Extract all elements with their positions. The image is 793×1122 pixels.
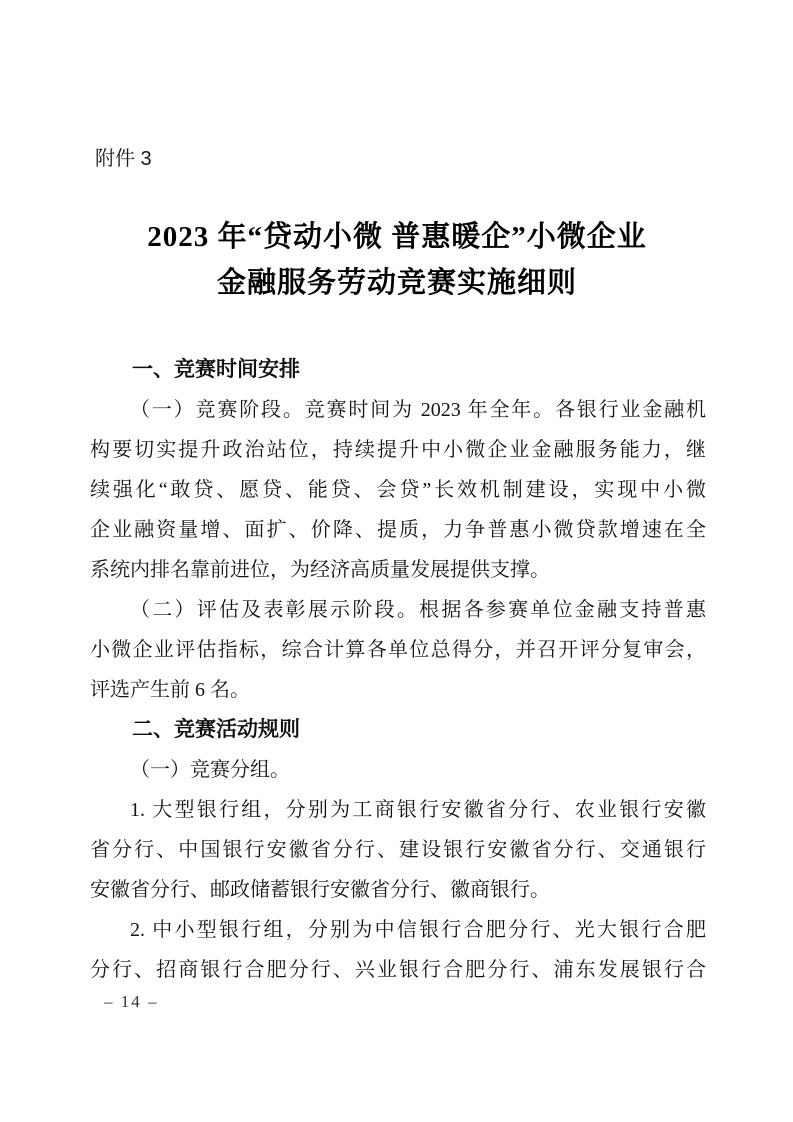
body-line: （二）评估及表彰展示阶段。根据各参赛单位金融支持普惠 [90,590,706,630]
body-line: 分行、招商银行合肥分行、兴业银行合肥分行、浦东发展银行合 [90,950,706,990]
document-title-line2: 金融服务劳动竞赛实施细则 [88,260,706,306]
body-line: 1. 大型银行组，分别为工商银行安徽省分行、农业银行安徽 [90,790,706,830]
attachment-label: 附件 3 [95,146,152,172]
page-number: – 14 – [104,990,159,1014]
body-line: 续强化“敢贷、愿贷、能贷、会贷”长效机制建设，实现中小微 [90,470,706,510]
document-title: 2023 年“贷动小微 普惠暖企”小微企业 金融服务劳动竞赛实施细则 [88,214,706,306]
section-heading-1: 一、竞赛时间安排 [90,350,706,390]
document-title-line1: 2023 年“贷动小微 普惠暖企”小微企业 [88,214,706,260]
body-line: 构要切实提升政治站位，持续提升中小微企业金融服务能力，继 [90,430,706,470]
body-line: （一）竞赛分组。 [90,750,706,790]
body-line: 企业融资量增、面扩、价降、提质，力争普惠小微贷款增速在全 [90,510,706,550]
document-body: 一、竞赛时间安排 （一）竞赛阶段。竞赛时间为 2023 年全年。各银行业金融机 … [90,350,706,990]
body-line: 省分行、中国银行安徽省分行、建设银行安徽省分行、交通银行 [90,830,706,870]
body-line: 系统内排名靠前进位，为经济高质量发展提供支撑。 [90,550,706,590]
body-line: 2. 中小型银行组，分别为中信银行合肥分行、光大银行合肥 [90,910,706,950]
body-line: 评选产生前 6 名。 [90,670,706,710]
section-heading-2: 二、竞赛活动规则 [90,710,706,750]
body-line: 安徽省分行、邮政储蓄银行安徽省分行、徽商银行。 [90,870,706,910]
body-line: 小微企业评估指标，综合计算各单位总得分，并召开评分复审会， [90,630,706,670]
document-page: 附件 3 2023 年“贷动小微 普惠暖企”小微企业 金融服务劳动竞赛实施细则 … [0,0,793,1122]
body-line: （一）竞赛阶段。竞赛时间为 2023 年全年。各银行业金融机 [90,390,706,430]
